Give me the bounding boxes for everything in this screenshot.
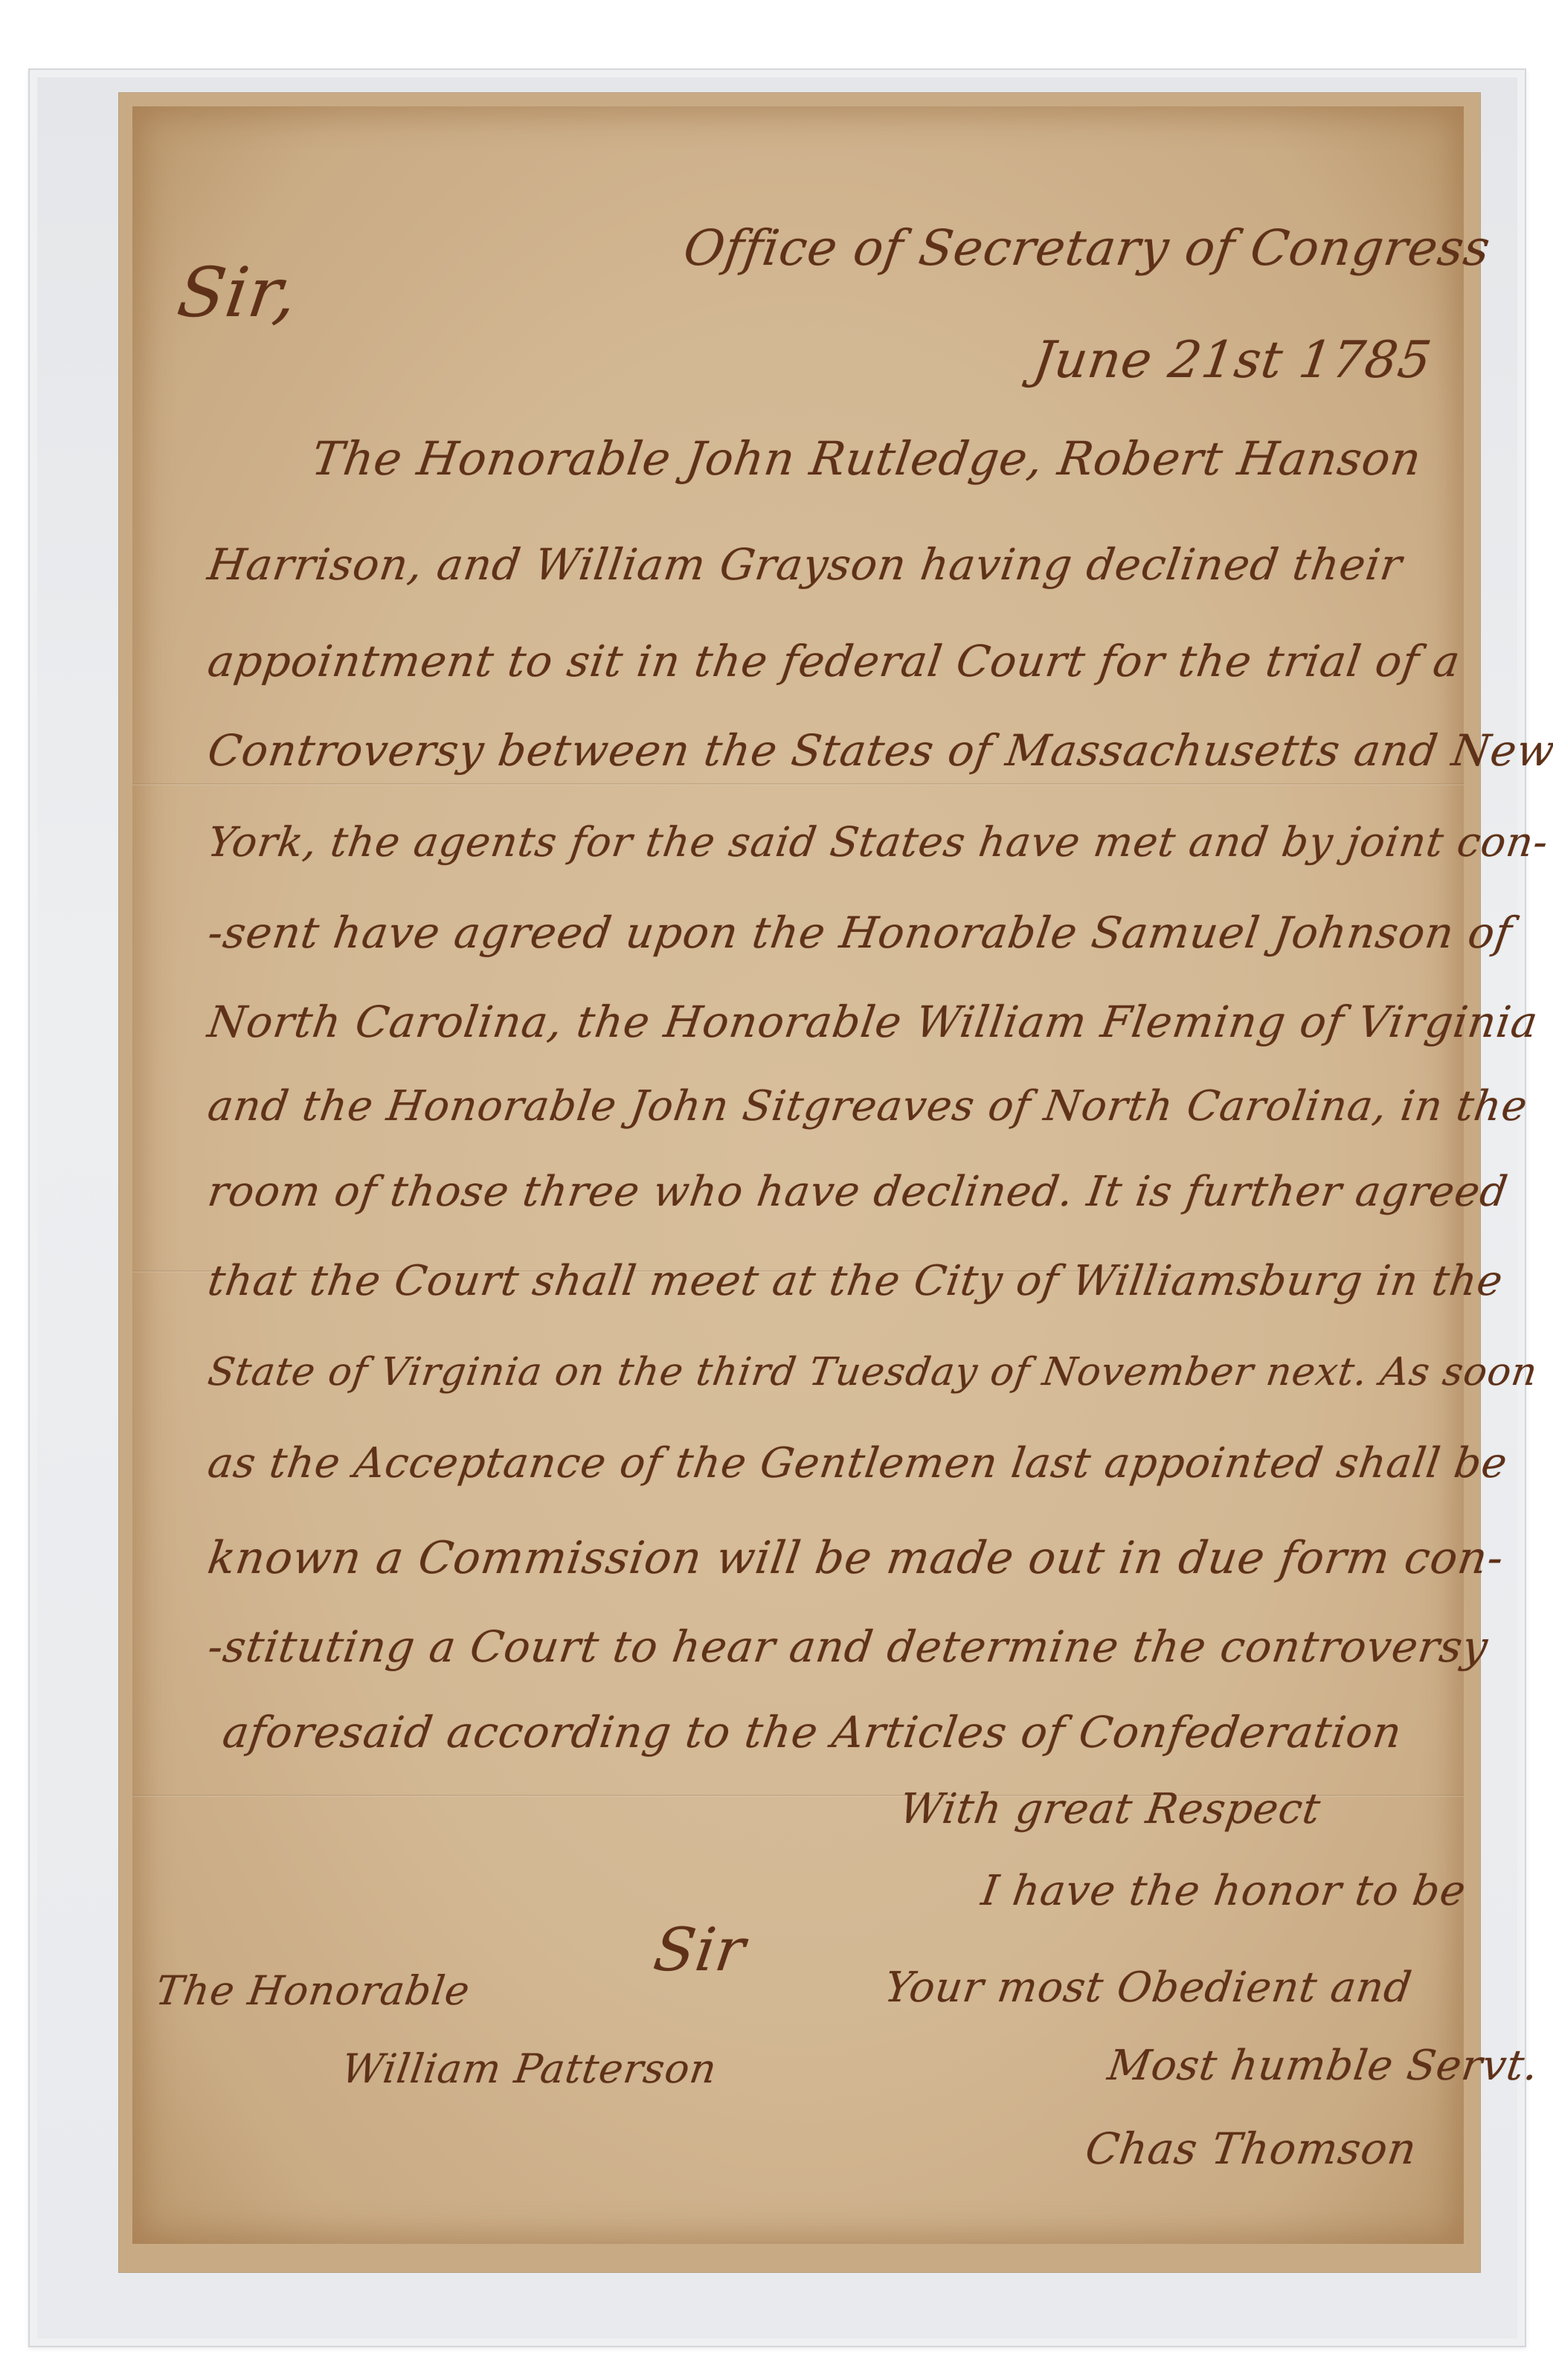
salutation: Sir,: [173, 253, 303, 332]
body-line: North Carolina, the Honorable William Fl…: [205, 997, 1541, 1047]
letter-date: June 21st 1785: [1029, 331, 1435, 390]
closing-line: Most humble Servt.: [1105, 2042, 1541, 2090]
body-line: Harrison, and William Grayson having dec…: [205, 539, 1406, 590]
letter-paper: Office of Secretary of Congress Sir, Jun…: [119, 93, 1480, 2272]
closing-line: With great Respect: [896, 1785, 1323, 1833]
body-line: aforesaid according to the Articles of C…: [219, 1707, 1405, 1757]
body-line: -stituting a Court to hear and determine…: [205, 1621, 1491, 1672]
body-line: York, the agents for the said States hav…: [205, 818, 1552, 866]
office-heading: Office of Secretary of Congress: [681, 219, 1494, 277]
fold-line: [132, 783, 1464, 785]
body-line: known a Commission will be made out in d…: [205, 1532, 1507, 1584]
closing-sir: Sir: [649, 1915, 750, 1984]
body-line: -sent have agreed upon the Honorable Sam…: [205, 907, 1515, 958]
body-line: room of those three who have declined. I…: [205, 1168, 1511, 1216]
closing-line: Your most Obedient and: [881, 1963, 1415, 2012]
body-line: appointment to sit in the federal Court …: [205, 636, 1464, 686]
body-line: as the Acceptance of the Gentlemen last …: [205, 1439, 1511, 1487]
addressee-title: The Honorable: [153, 1967, 473, 2014]
closing-line: I have the honor to be: [978, 1867, 1469, 1915]
addressee-name: William Patterson: [339, 2045, 720, 2092]
body-line: State of Virginia on the third Tuesday o…: [205, 1350, 1540, 1395]
body-line: Controversy between the States of Massac…: [205, 725, 1553, 776]
body-line: and the Honorable John Sitgreaves of Nor…: [205, 1082, 1530, 1130]
signature: Chas Thomson: [1082, 2123, 1420, 2174]
body-line: that the Court shall meet at the City of…: [205, 1257, 1506, 1305]
body-line: The Honorable John Rutledge, Robert Hans…: [309, 431, 1425, 486]
